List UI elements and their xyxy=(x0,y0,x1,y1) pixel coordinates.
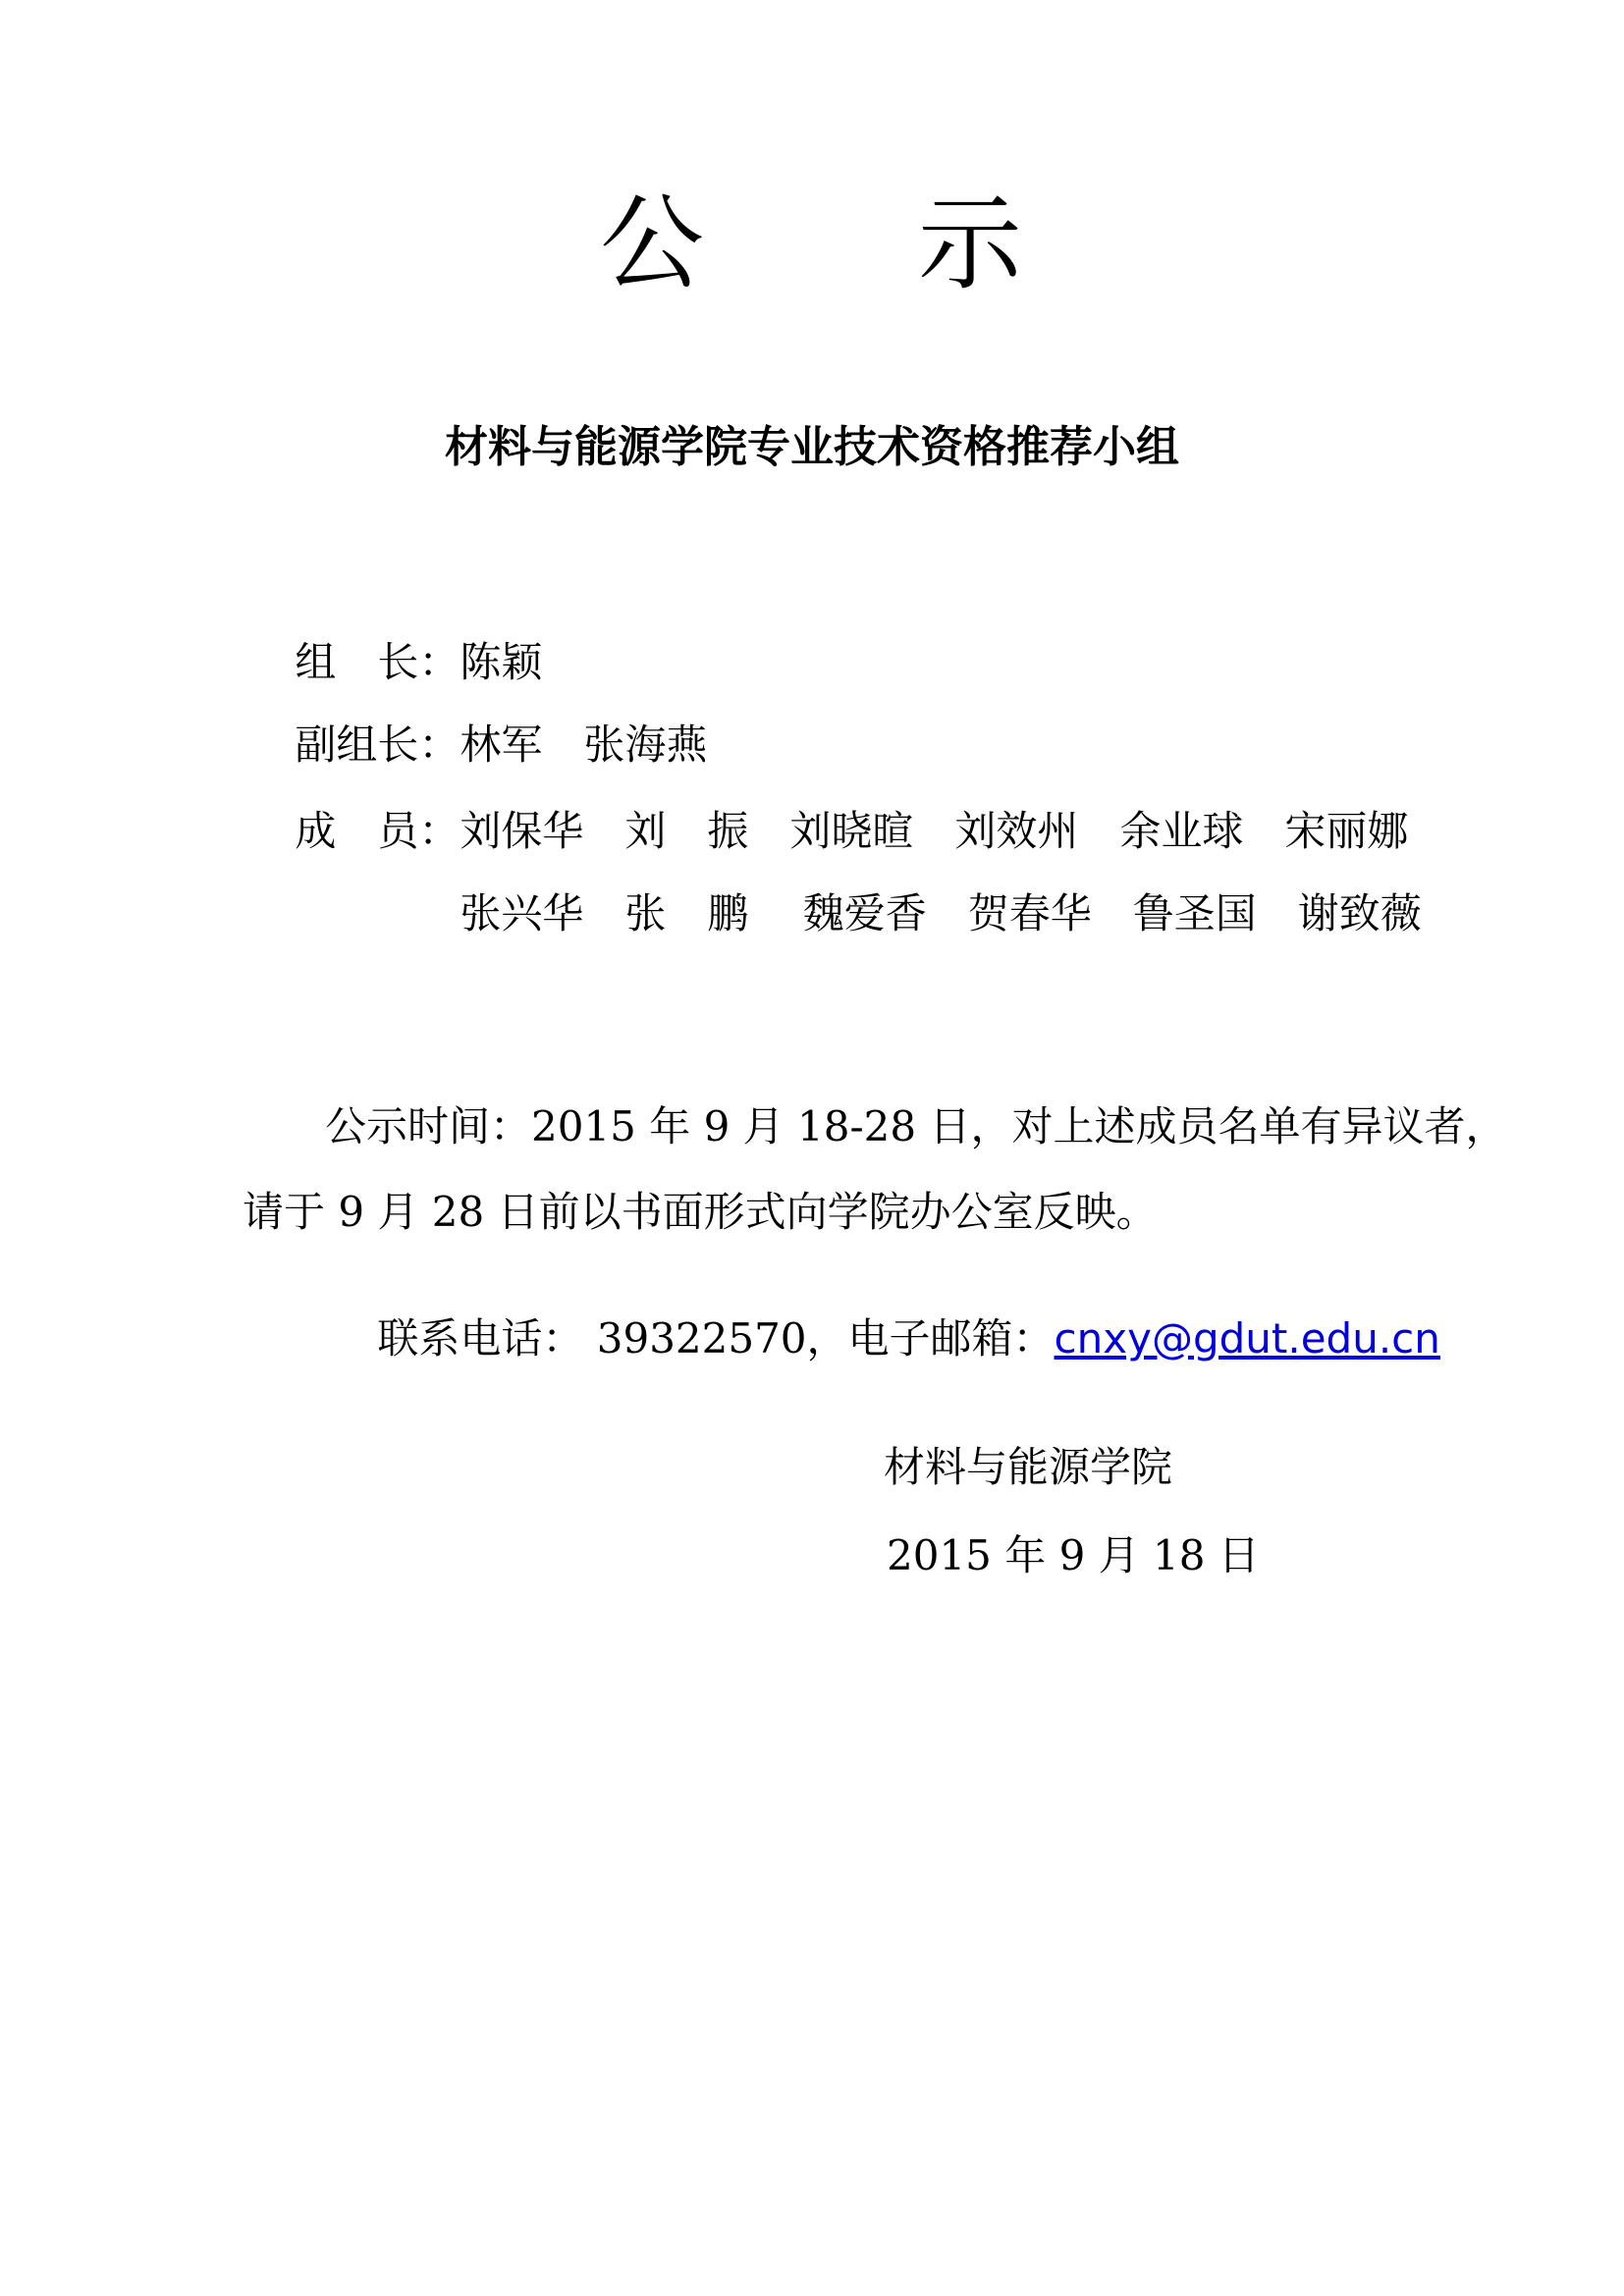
notice-feedback-line: 请于 9 月 28 日前以书面形式向学院办公室反映。 xyxy=(243,1192,1158,1233)
members-names-row-2: 张兴华 张 鹏 魏爱香 贺春华 鲁圣国 谢致薇 xyxy=(460,889,1421,937)
deputy-leader-names: 林军 张海燕 xyxy=(460,721,707,769)
leader-names: 陈颖 xyxy=(460,638,542,686)
contact-line: 联系电话： 39322570，电子邮箱：cnxy@gdut.edu.cn xyxy=(325,1277,1440,1401)
contact-text: 联系电话： 39322570，电子邮箱： xyxy=(377,1314,1054,1362)
members-label: 成 员： xyxy=(295,807,460,855)
members-line-2: 张兴华 张 鹏 魏爱香 贺春华 鲁圣国 谢致薇 xyxy=(407,852,1422,976)
deputy-leader-label: 副组长： xyxy=(295,721,460,769)
page-title: 公 示 xyxy=(0,192,1624,296)
document-page: 公 示 材料与能源学院专业技术资格推荐小组 组 长：陈颖 副组长：林军 张海燕 … xyxy=(0,0,1624,2296)
signature-date: 2015 年 9 月 18 日 xyxy=(887,1535,1260,1576)
leader-label: 组 长： xyxy=(295,638,460,686)
notice-period-line: 公示时间：2015 年 9 月 18-28 日，对上述成员名单有异议者， xyxy=(325,1106,1506,1148)
page-subtitle: 材料与能源学院专业技术资格推荐小组 xyxy=(0,426,1624,469)
members-names-row-1: 刘保华 刘 振 刘晓暄 刘效州 余业球 宋丽娜 xyxy=(460,807,1408,855)
email-link[interactable]: cnxy@gdut.edu.cn xyxy=(1055,1314,1440,1362)
signature-org: 材料与能源学院 xyxy=(884,1447,1172,1488)
